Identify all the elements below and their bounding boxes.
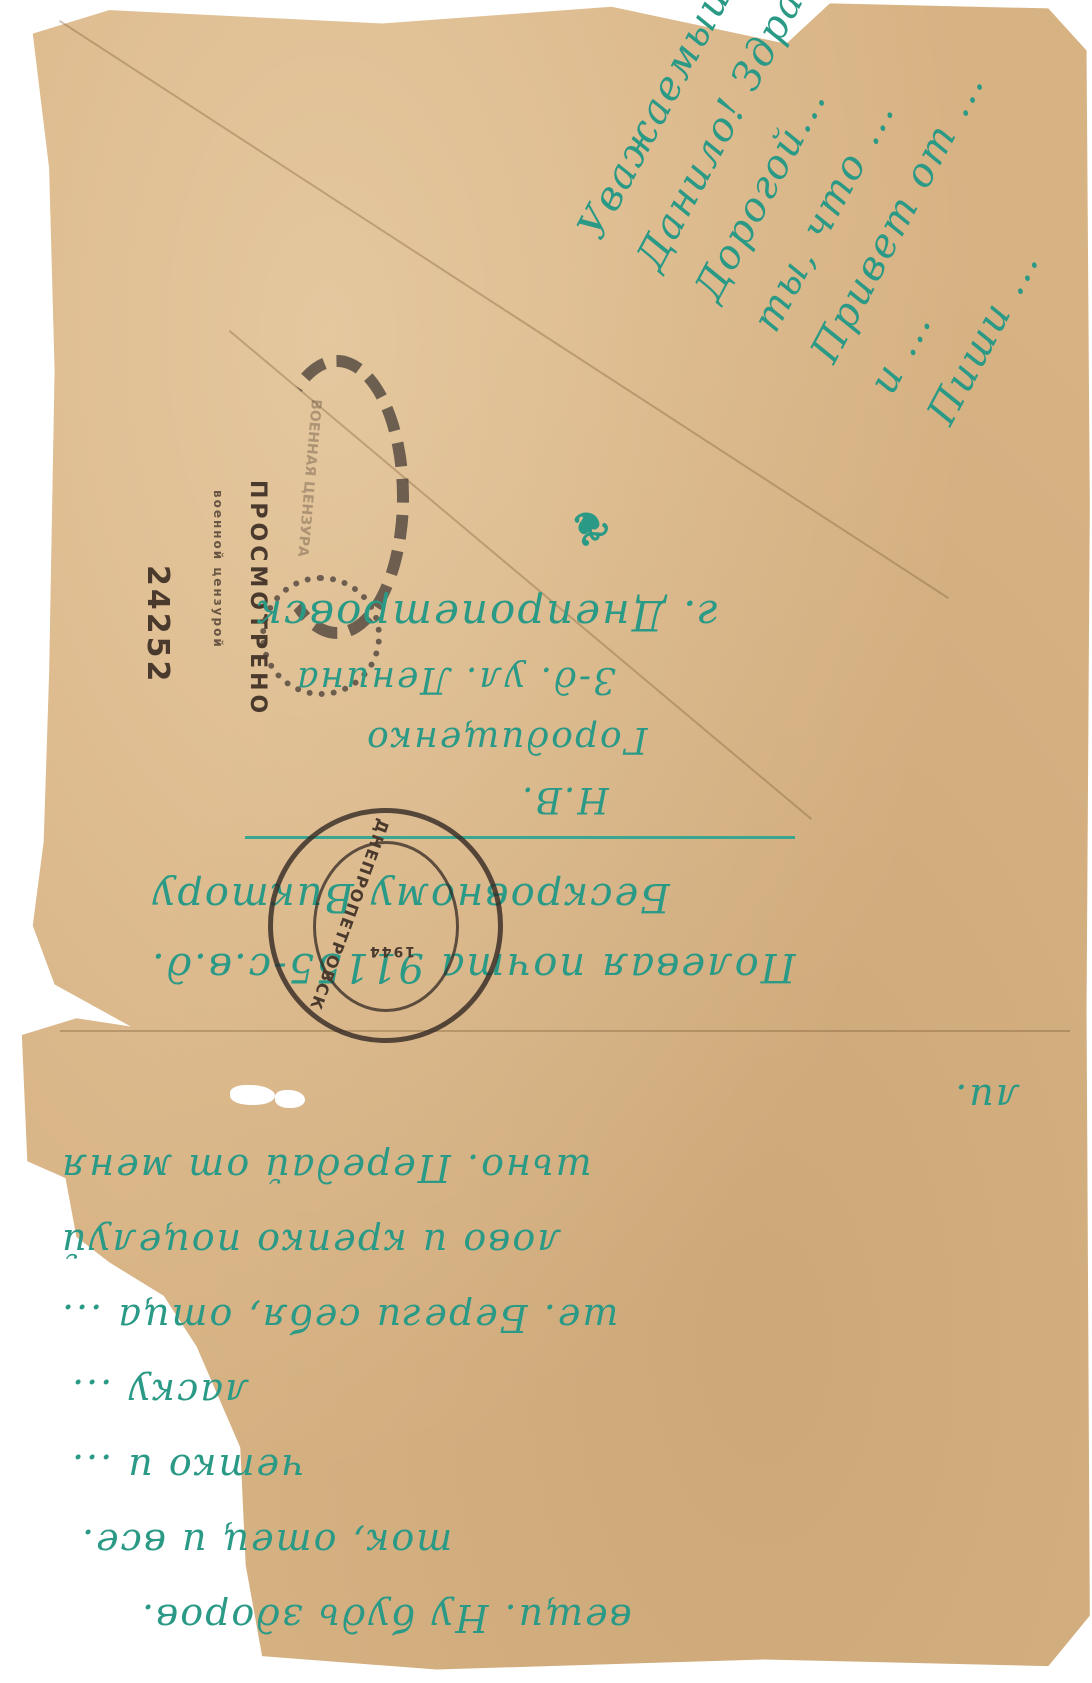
censor-stamp-number: 24252 bbox=[140, 565, 175, 684]
handwritten-line: вещи. Ну будь здоров. bbox=[140, 1596, 632, 1640]
handwritten-line: четко и ... bbox=[70, 1446, 305, 1490]
address-line-name: Городищенко bbox=[365, 719, 647, 760]
handwritten-line: ток, отец и все. bbox=[80, 1521, 452, 1565]
censor-stamp-sublabel: военной цензурой bbox=[211, 490, 225, 649]
letter-bottom-text: вещи. Ну будь здоров. ток, отец и все. ч… bbox=[60, 940, 1040, 1660]
address-line-city: г. Днепропетровск bbox=[255, 591, 720, 640]
handwritten-line: ласку ... bbox=[70, 1371, 249, 1415]
handwritten-line: ли. bbox=[60, 1076, 1020, 1120]
handwritten-line: шьно. Передай от меня bbox=[60, 1146, 592, 1190]
address-block: г. Днепропетровск 3-д. ул. Ленина Городи… bbox=[255, 585, 815, 845]
handwritten-line: ше. Береги себя, отца ... bbox=[60, 1296, 618, 1340]
address-line-initials: Н.В. bbox=[520, 779, 609, 820]
address-line-street: 3-д. ул. Ленина bbox=[295, 659, 616, 700]
handwritten-line: лово и крепко поцелуй bbox=[60, 1221, 561, 1265]
